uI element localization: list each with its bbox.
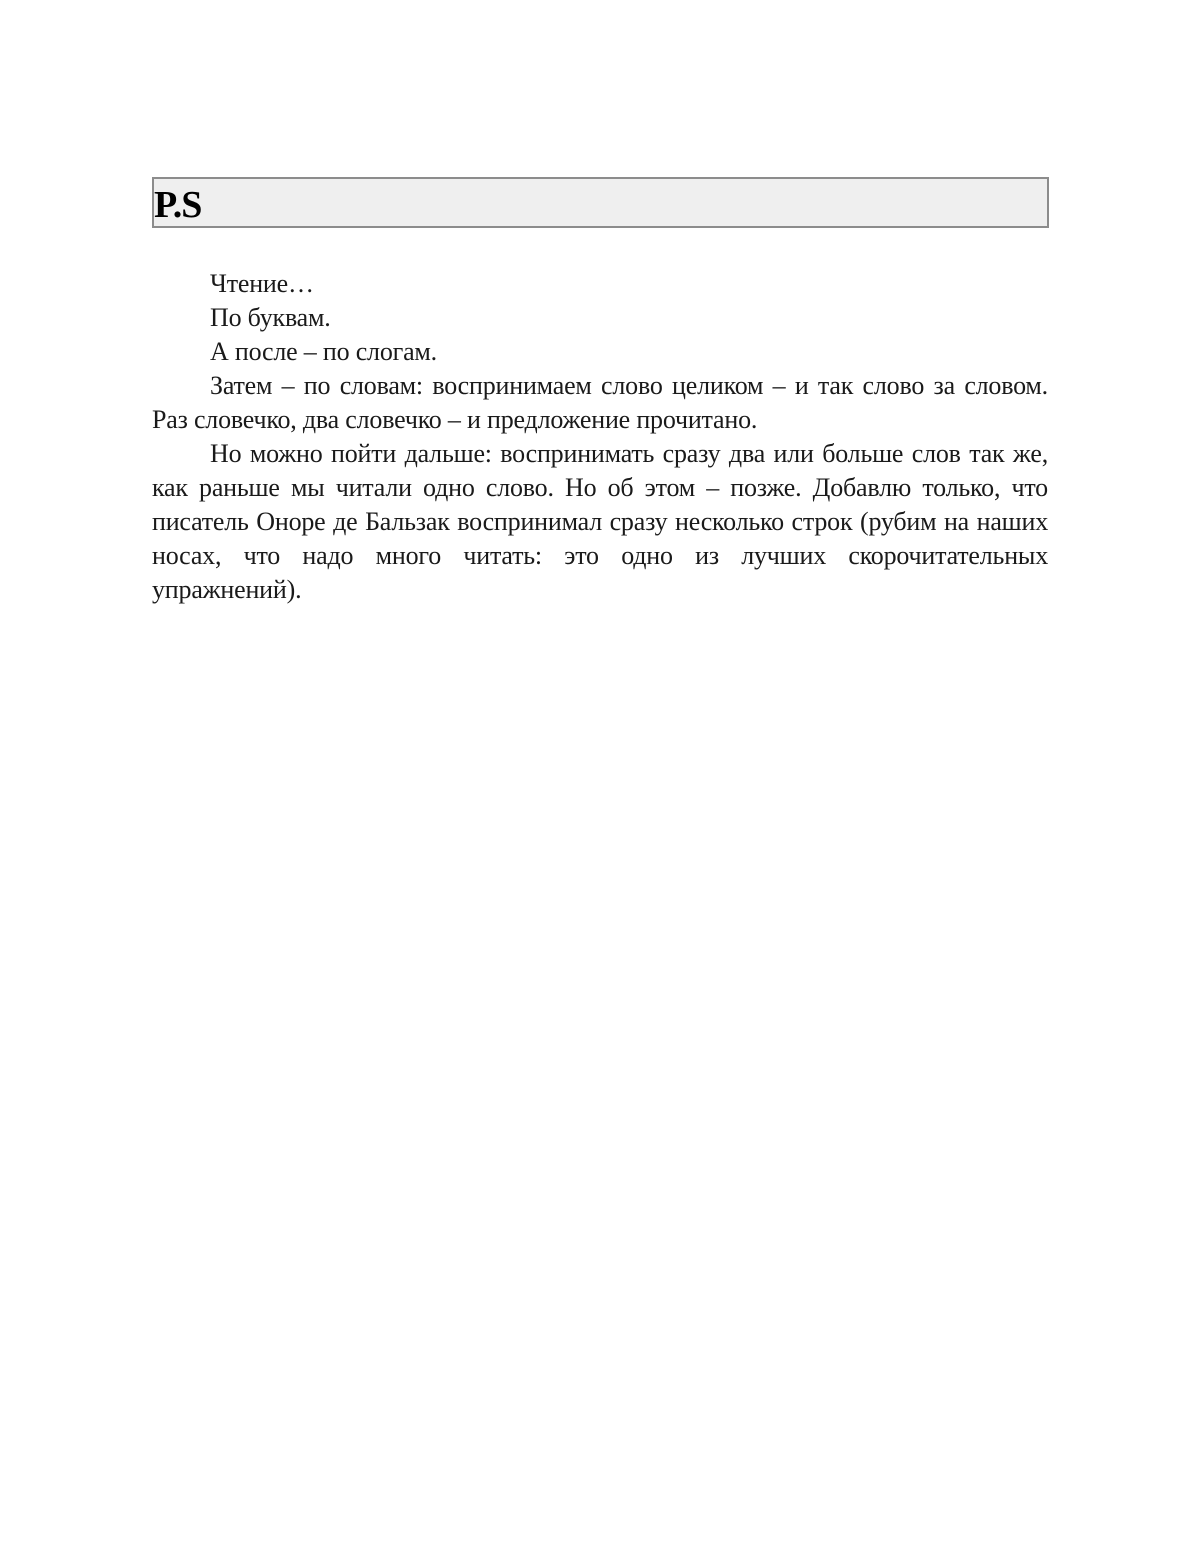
body-text: Чтение… По буквам. А после – по слогам. … [152, 267, 1048, 607]
paragraph: Чтение… [152, 267, 1048, 301]
paragraph: Но можно пойти дальше: воспринимать сраз… [152, 437, 1048, 607]
document-page: P.S Чтение… По буквам. А после – по слог… [152, 177, 1048, 607]
section-heading: P.S [154, 186, 201, 224]
section-heading-box: P.S [152, 177, 1049, 228]
paragraph: По буквам. [152, 301, 1048, 335]
paragraph: Затем – по словам: воспринимаем слово це… [152, 369, 1048, 437]
paragraph: А после – по слогам. [152, 335, 1048, 369]
